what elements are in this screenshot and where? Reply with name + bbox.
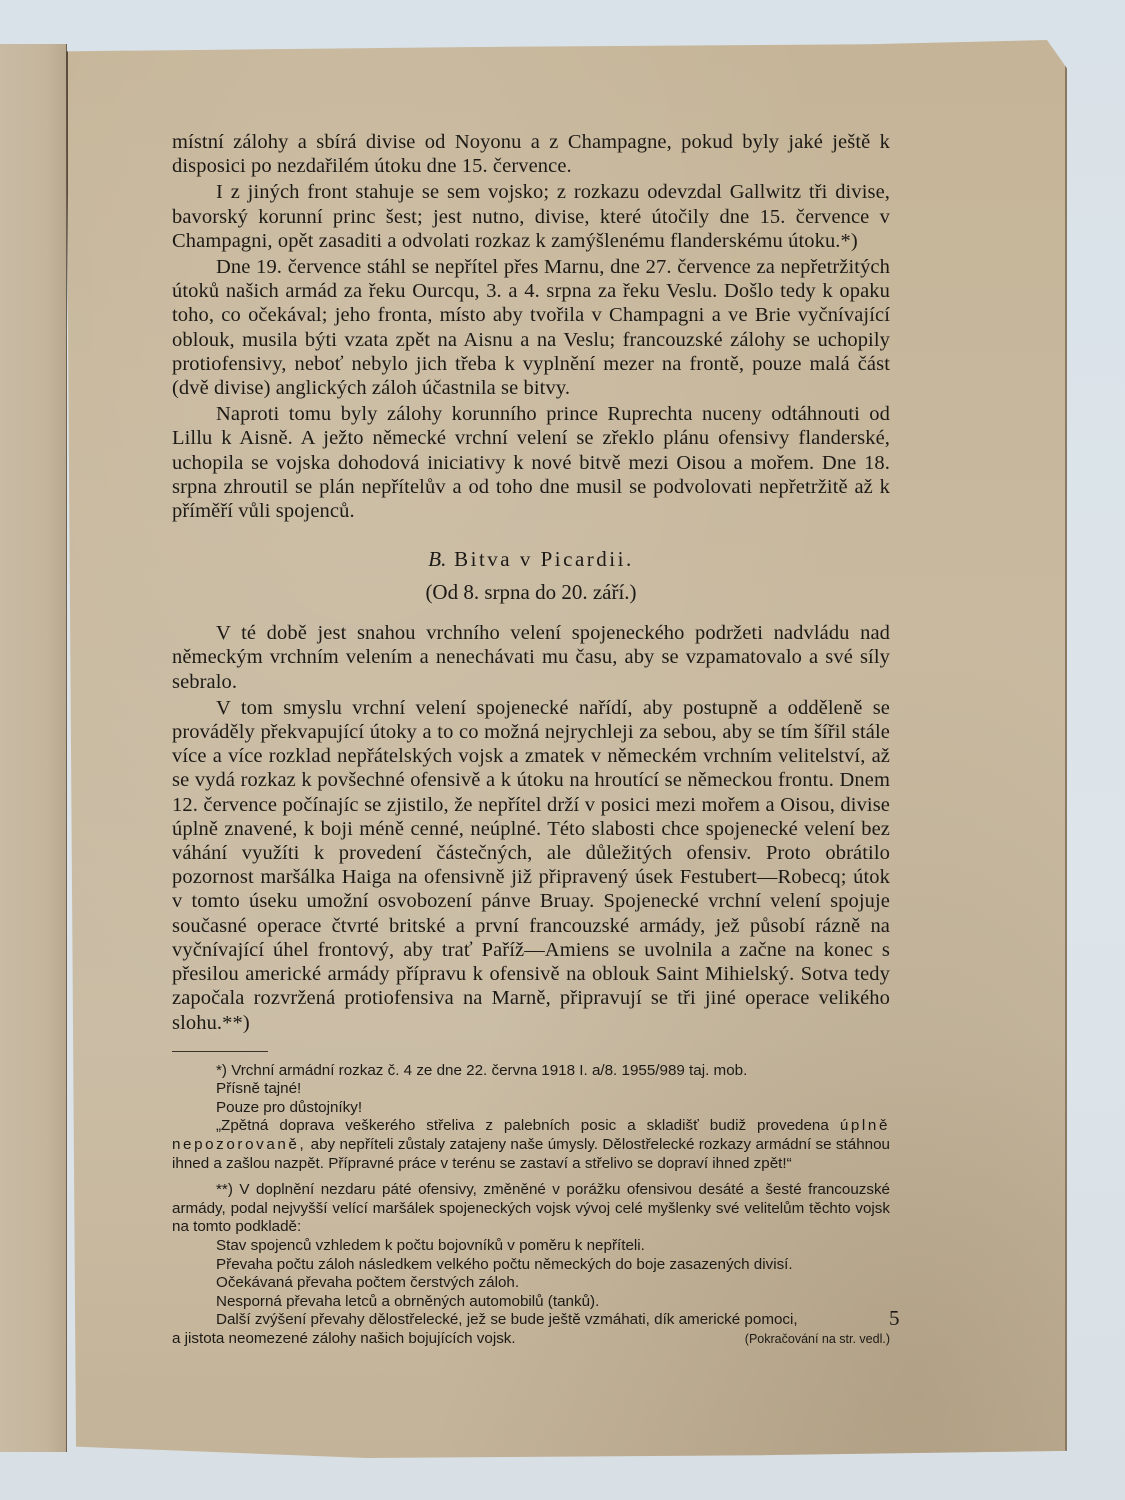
section-letter: B. [428,547,446,571]
footnote-1-line: Pouze pro důstojníky! [172,1099,890,1118]
footnote-2-intro: **) V doplnění nezdaru páté ofensivy, zm… [172,1181,890,1237]
section-heading: B. Bitva v Picardii. [172,547,890,572]
continuation-note: (Pokračování na str. vedl.) [745,1330,890,1349]
footnote-1-quote: „Zpětná doprava veškerého střeliva z pal… [172,1117,890,1173]
footnote-divider [172,1051,268,1052]
footnote-2-item: Očekávaná převaha počtem čerstvých záloh… [172,1274,890,1293]
footnote-1-line: Přísně tajné! [172,1080,890,1099]
previous-page-edge [0,44,67,1452]
footnote-2-item: Stav spojenců vzhledem k počtu bojovníků… [172,1237,890,1256]
footnote-2-item: Převaha počtu záloh následkem velkého po… [172,1256,890,1275]
footnote-1-ref: *) Vrchní armádní rozkaz č. 4 ze dne 22.… [172,1062,890,1081]
footnote-2-last-line: (Pokračování na str. vedl.)a jistota neo… [172,1330,890,1349]
text-column: místní zálohy a sbírá divise od Noyonu a… [172,130,890,1349]
paragraph: místní zálohy a sbírá divise od Noyonu a… [172,130,890,178]
page-number: 5 [889,1306,900,1331]
paragraph: V té době jest snahou vrchního velení sp… [172,621,890,694]
footnote-2-item: Další zvýšení převahy dělostřelecké, jež… [172,1311,890,1330]
paragraph: Dne 19. července stáhl se nepřítel přes … [172,255,890,400]
section-subtitle: (Od 8. srpna do 20. září.) [172,580,890,605]
footnote-2-item: Nesporná převaha letců a obrněných autom… [172,1293,890,1312]
paragraph: I z jiných front stahuje se sem vojsko; … [172,180,890,253]
paragraph: V tom smyslu vrchní velení spojenecké na… [172,696,890,1035]
section-title: Bitva v Picardii. [454,547,634,571]
paragraph: Naproti tomu byly zálohy korunního princ… [172,402,890,523]
